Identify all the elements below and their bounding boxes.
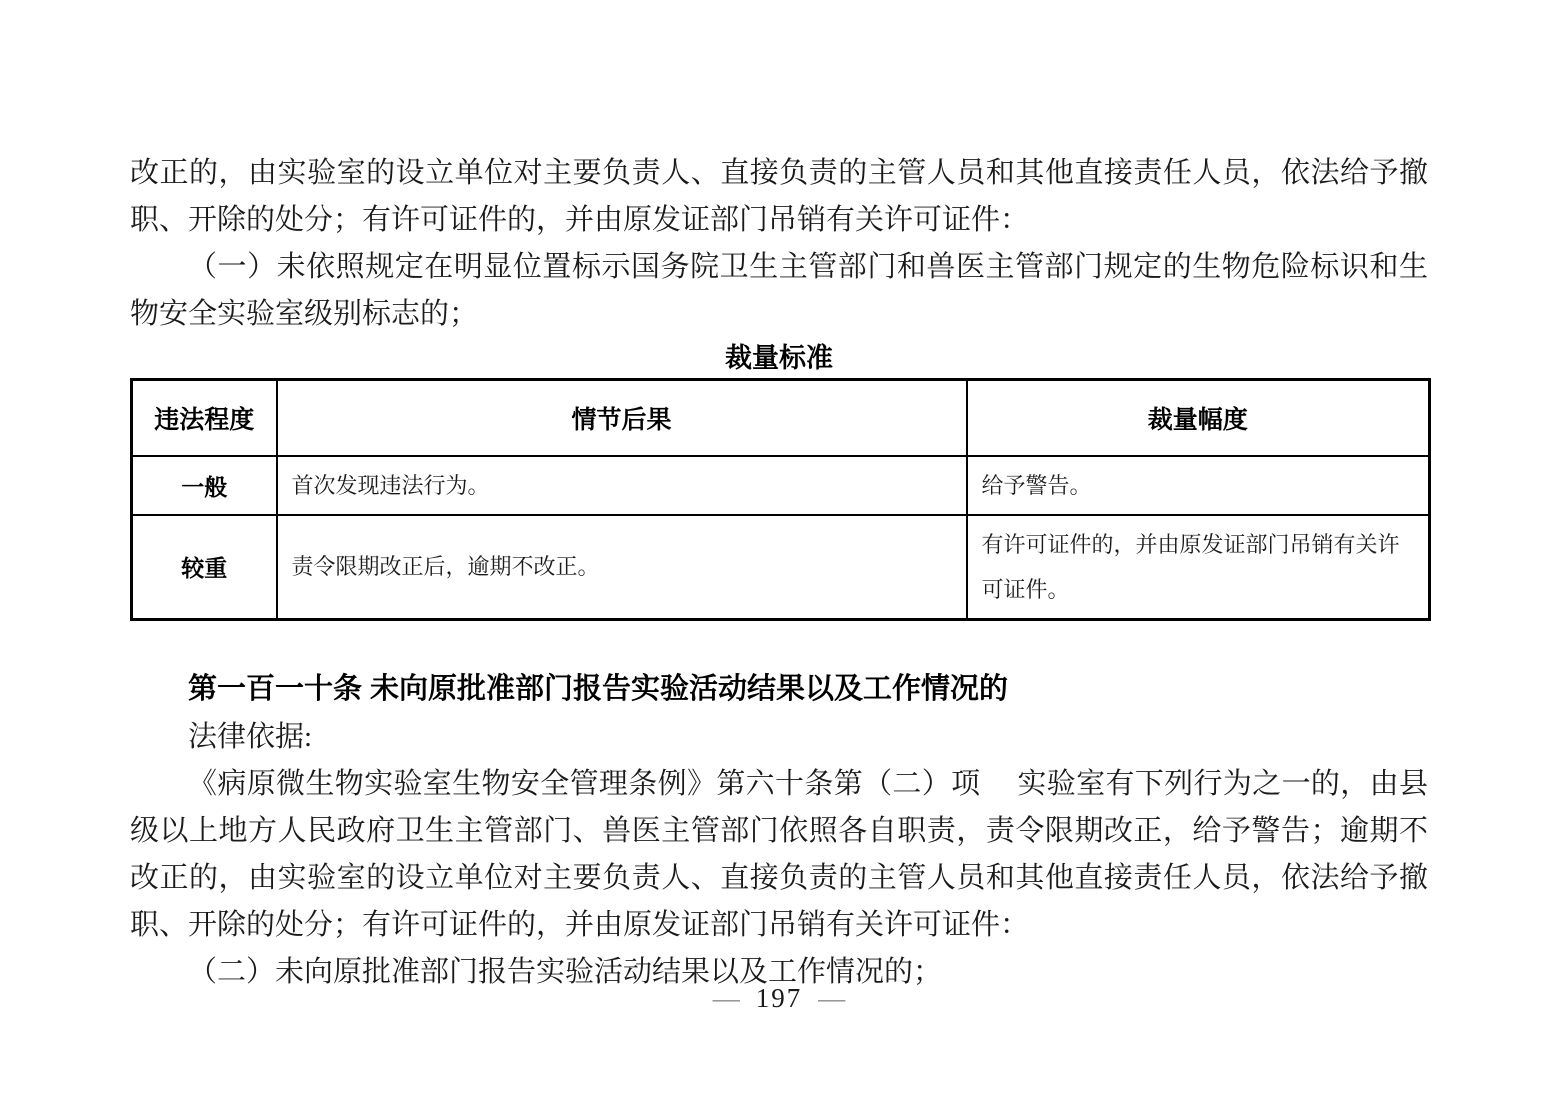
paragraph-item-one: （一）未依照规定在明显位置标示国务院卫生主管部门和兽医主管部门规定的生物危险标识… xyxy=(130,244,1428,338)
header-violation-degree: 违法程度 xyxy=(132,380,277,456)
article-110-heading: 第一百一十条 未向原批准部门报告实验活动结果以及工作情况的 xyxy=(130,665,1428,713)
header-circumstance-consequence: 情节后果 xyxy=(277,380,967,456)
discretion-standards-table: 违法程度 情节后果 裁量幅度 一般 首次发现违法行为。 给予警告。 较重 责令限… xyxy=(130,378,1431,621)
cell-range-serious: 有许可证件的，并由原发证部门吊销有关许可证件。 xyxy=(967,515,1430,620)
cell-circumstance-serious: 责令限期改正后，逾期不改正。 xyxy=(277,515,967,620)
cell-circumstance-general: 首次发现违法行为。 xyxy=(277,456,967,515)
paragraph-penalty-continuation: 改正的，由实验室的设立单位对主要负责人、直接负责的主管人员和其他直接责任人员，依… xyxy=(130,150,1428,244)
legal-basis-label: 法律依据: xyxy=(130,713,1428,761)
table-row: 一般 首次发现违法行为。 给予警告。 xyxy=(132,456,1430,515)
table-title: 裁量标准 xyxy=(130,341,1428,375)
footer-right-dash: — xyxy=(802,983,861,1013)
document-page: 改正的，由实验室的设立单位对主要负责人、直接负责的主管人员和其他直接责任人员，依… xyxy=(0,0,1558,1102)
cell-range-general: 给予警告。 xyxy=(967,456,1430,515)
cell-level-general: 一般 xyxy=(132,456,277,515)
table-header-row: 违法程度 情节后果 裁量幅度 xyxy=(132,380,1430,456)
footer-left-dash: — xyxy=(697,983,756,1013)
paragraph-regulation-article-60: 《病原微生物实验室生物安全管理条例》第六十条第（二）项 实验室有下列行为之一的，… xyxy=(130,761,1428,949)
table-row: 较重 责令限期改正后，逾期不改正。 有许可证件的，并由原发证部门吊销有关许可证件… xyxy=(132,515,1430,620)
header-discretion-range: 裁量幅度 xyxy=(967,380,1430,456)
page-footer: —197— xyxy=(0,983,1558,1014)
page-number: 197 xyxy=(756,983,803,1013)
cell-level-serious: 较重 xyxy=(132,515,277,620)
